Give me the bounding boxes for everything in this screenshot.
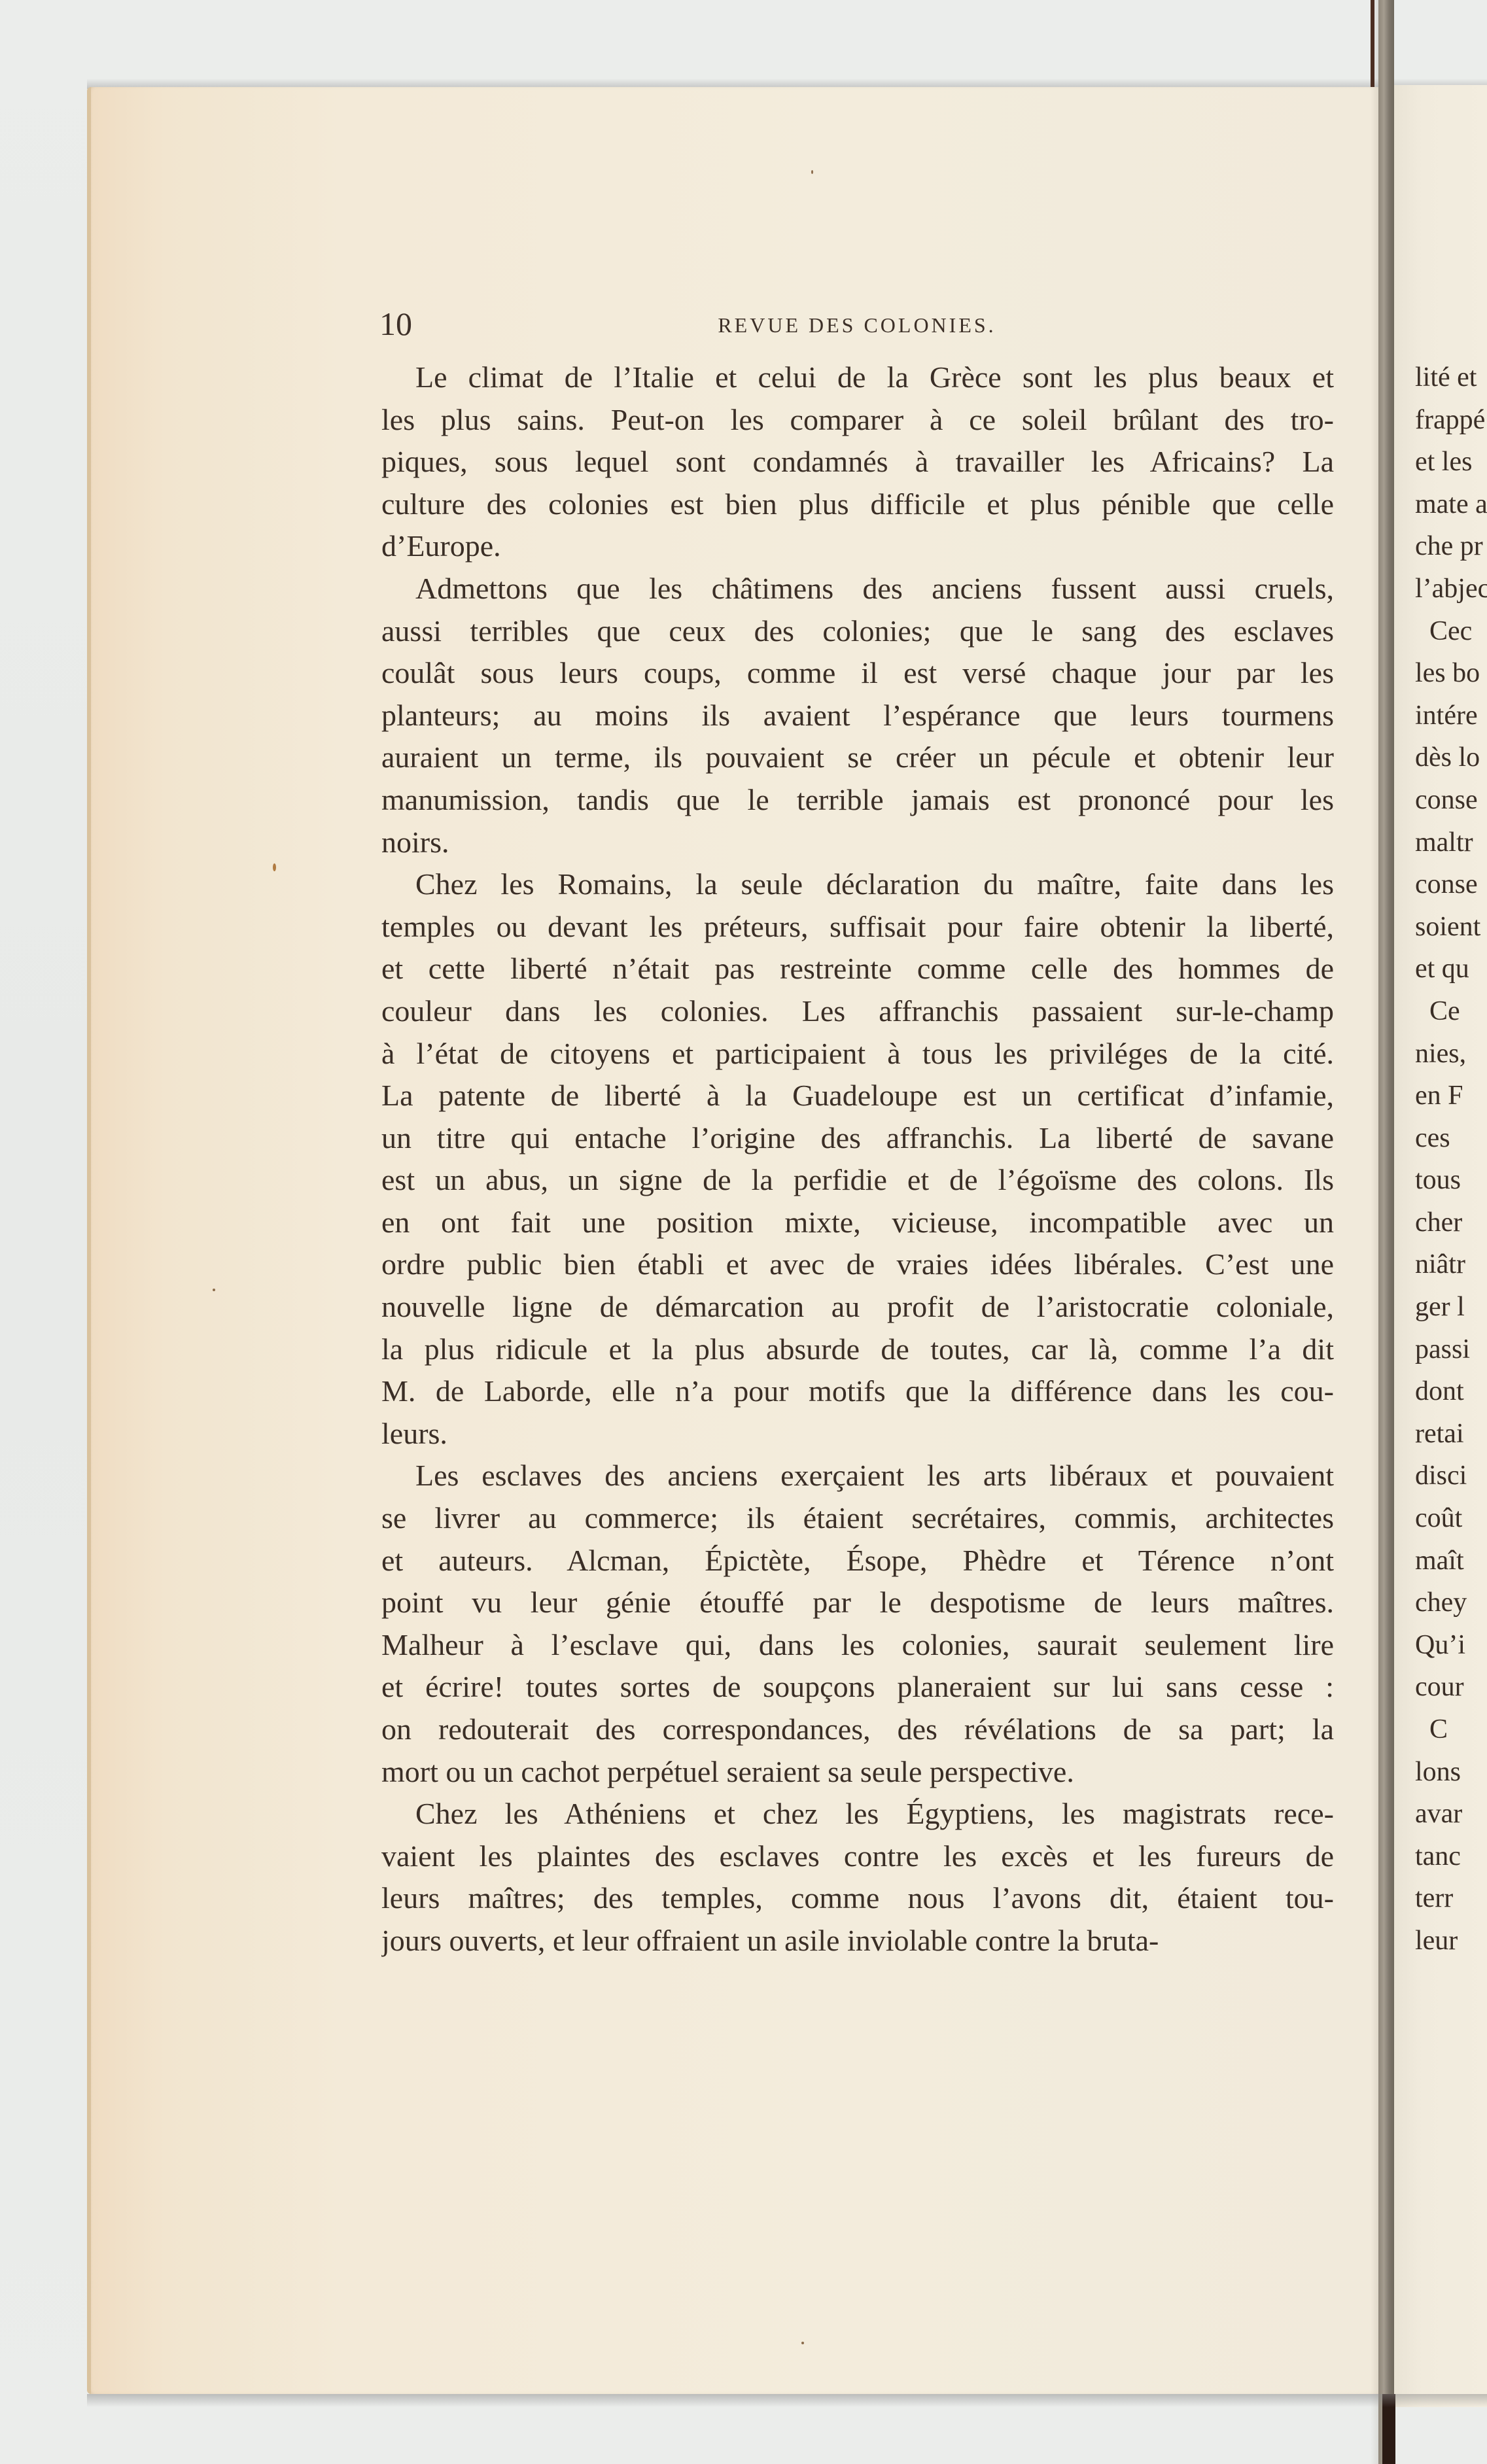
journal-title: REVUE DES COLONIES.	[379, 311, 1335, 339]
facing-text-line: conse	[1415, 779, 1487, 822]
facing-text-line: retai	[1415, 1413, 1487, 1455]
paper-speck	[811, 170, 813, 174]
text-line: un titre qui entache l’origine des affra…	[381, 1117, 1334, 1160]
text-line: est un abus, un signe de la perfidie et …	[381, 1159, 1334, 1202]
facing-text-line: coût	[1415, 1497, 1487, 1540]
text-line: ordre public bien établi et avec de vrai…	[381, 1243, 1334, 1286]
text-line: temples ou devant les préteurs, suffisai…	[381, 906, 1334, 948]
text-line: point vu leur génie étouffé par le despo…	[381, 1582, 1334, 1624]
text-line: leurs maîtres; des temples, comme nous l…	[381, 1877, 1334, 1920]
text-line: mort ou un cachot perpétuel seraient sa …	[381, 1751, 1334, 1794]
facing-text-line: maît	[1415, 1540, 1487, 1582]
text-line: et auteurs. Alcman, Épictète, Ésope, Phè…	[381, 1540, 1334, 1582]
text-line: M. de Laborde, elle n’a pour motifs que …	[381, 1370, 1334, 1413]
text-line: Les esclaves des anciens exerçaient les …	[381, 1455, 1334, 1497]
paragraph: Chez les Romains, la seule déclaration d…	[381, 863, 1334, 1455]
facing-text-line: disci	[1415, 1455, 1487, 1497]
facing-text-line: chey	[1415, 1582, 1487, 1624]
facing-text-line: et qu	[1415, 948, 1487, 990]
text-line: leurs.	[381, 1413, 1334, 1455]
text-line: Le climat de l’Italie et celui de la Grè…	[381, 356, 1334, 399]
paper-speck	[801, 2342, 804, 2344]
running-head: 10 REVUE DES COLONIES.	[379, 304, 1335, 343]
facing-text-line: l’abjec	[1415, 568, 1487, 610]
facing-text-line: lité et	[1415, 356, 1487, 399]
facing-text-line: avar	[1415, 1793, 1487, 1835]
facing-text-line: intére	[1415, 695, 1487, 737]
facing-text-line: conse	[1415, 863, 1487, 906]
facing-text-line: passi	[1415, 1328, 1487, 1371]
facing-text-line: leur	[1415, 1920, 1487, 1962]
text-line: couleur dans les colonies. Les affranchi…	[381, 990, 1334, 1033]
facing-text-line: les bo	[1415, 652, 1487, 695]
text-line: et cette liberté n’était pas restreinte …	[381, 948, 1334, 990]
facing-text-line: frappé	[1415, 399, 1487, 442]
facing-text-line: tanc	[1415, 1835, 1487, 1878]
text-line: on redouterait des correspondances, des …	[381, 1709, 1334, 1751]
text-line: planteurs; au moins ils avaient l’espéra…	[381, 695, 1334, 737]
book-gutter	[1378, 0, 1394, 2464]
main-page-body: Le climat de l’Italie et celui de la Grè…	[381, 356, 1334, 1962]
text-line: la plus ridicule et la plus absurde de t…	[381, 1328, 1334, 1371]
facing-text-line: mate a	[1415, 483, 1487, 526]
facing-text-line: ger l	[1415, 1286, 1487, 1328]
paragraph: Le climat de l’Italie et celui de la Grè…	[381, 356, 1334, 568]
text-line: aussi terribles que ceux des colonies; q…	[381, 610, 1334, 653]
text-line: Malheur à l’esclave qui, dans les coloni…	[381, 1624, 1334, 1667]
page-bottom-shadow	[87, 2394, 1487, 2407]
text-line: Admettons que les châtimens des anciens …	[381, 568, 1334, 610]
facing-text-line: maltr	[1415, 822, 1487, 864]
text-line: manumission, tandis que le terrible jama…	[381, 779, 1334, 822]
text-line: jours ouverts, et leur offraient un asil…	[381, 1920, 1334, 1962]
text-line: vaient les plaintes des esclaves contre …	[381, 1835, 1334, 1878]
facing-text-line: dont	[1415, 1370, 1487, 1413]
text-line: à l’état de citoyens et participaient à …	[381, 1033, 1334, 1075]
paragraph: Chez les Athéniens et chez les Égyptiens…	[381, 1793, 1334, 1962]
paragraph: Admettons que les châtimens des anciens …	[381, 568, 1334, 863]
text-line: culture des colonies est bien plus diffi…	[381, 483, 1334, 526]
facing-text-line: Qu’i	[1415, 1624, 1487, 1667]
text-line: se livrer au commerce; ils étaient secré…	[381, 1497, 1334, 1540]
facing-text-line: terr	[1415, 1877, 1487, 1920]
text-line: nouvelle ligne de démarcation au profit …	[381, 1286, 1334, 1328]
text-line: en ont fait une position mixte, vicieuse…	[381, 1202, 1334, 1244]
text-line: La patente de liberté à la Guadeloupe es…	[381, 1075, 1334, 1117]
facing-text-line: dès lo	[1415, 737, 1487, 779]
paper-speck	[213, 1289, 215, 1291]
facing-text-line: niâtr	[1415, 1243, 1487, 1286]
facing-text-line: et les	[1415, 441, 1487, 483]
text-line: Chez les Romains, la seule déclaration d…	[381, 863, 1334, 906]
facing-text-line: lons	[1415, 1751, 1487, 1794]
facing-text-line: tous	[1415, 1159, 1487, 1202]
text-line: Chez les Athéniens et chez les Égyptiens…	[381, 1793, 1334, 1835]
text-line: piques, sous lequel sont condamnés à tra…	[381, 441, 1334, 483]
facing-text-line: che pr	[1415, 525, 1487, 568]
facing-text-line: Ce	[1415, 990, 1487, 1033]
facing-page-text: lité etfrappéet lesmate ache prl’abjecCe…	[1415, 356, 1487, 1962]
gutter-edge-top	[1371, 0, 1374, 87]
facing-text-line: ces	[1415, 1117, 1487, 1160]
text-line: auraient un terme, ils pouvaient se crée…	[381, 737, 1334, 779]
facing-text-line: soient	[1415, 906, 1487, 948]
facing-text-line: nies,	[1415, 1033, 1487, 1075]
paper-speck	[273, 863, 276, 871]
paragraph: Les esclaves des anciens exerçaient les …	[381, 1455, 1334, 1793]
text-line: d’Europe.	[381, 525, 1334, 568]
facing-text-line: cour	[1415, 1666, 1487, 1709]
text-line: noirs.	[381, 822, 1334, 864]
facing-text-line: Cec	[1415, 610, 1487, 653]
facing-text-line: en F	[1415, 1075, 1487, 1117]
text-line: les plus sains. Peut-on les comparer à c…	[381, 399, 1334, 442]
text-line: coulât sous leurs coups, comme il est ve…	[381, 652, 1334, 695]
facing-text-line: C	[1415, 1709, 1487, 1751]
facing-text-line: cher	[1415, 1202, 1487, 1244]
text-line: et écrire! toutes sortes de soupçons pla…	[381, 1666, 1334, 1709]
